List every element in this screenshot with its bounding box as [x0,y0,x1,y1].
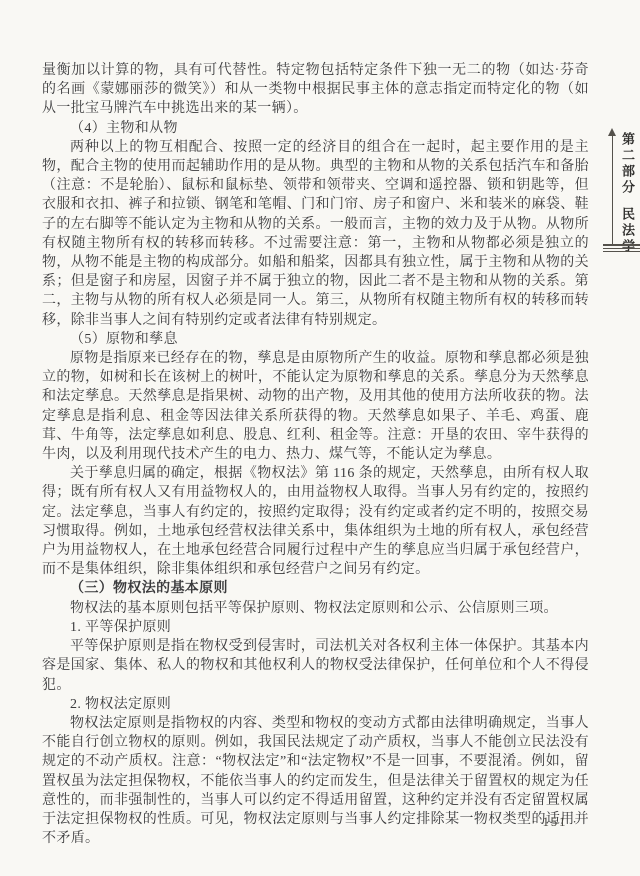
tab-base-rules [603,244,640,254]
paragraph: 原物是指原来已经存在的物，孳息是由原物所产生的收益。原物和孳息都必须是独立的物，… [42,349,589,464]
section-heading-basic-principles: （三）物权法的基本原则 [42,579,589,598]
chapter-tab-text: 第二部分 民法学 [618,132,637,255]
paragraph: 物权法的基本原则包括平等保护原则、物权法定原则和公示、公信原则三项。 [42,599,589,618]
paragraph: 两种以上的物互相配合、按照一定的经济目的组合在一起时，起主要作用的是主物，配合主… [42,138,589,330]
subsection-heading-1: 1. 平等保护原则 [42,618,589,637]
paragraph-continuation: 量衡加以计算的物，具有可代替性。特定物包括特定条件下独一无二的物（如达·芬奇的名… [42,61,589,119]
section-heading-4: （4）主物和从物 [42,119,589,138]
page-number: · 151 · [495,815,615,830]
part-label: 第二部分 [618,132,637,196]
paragraph: 关于孳息归属的确定，根据《物权法》第 116 条的规定，天然孳息，由所有权人取得… [42,464,589,579]
tab-vertical-rule [612,134,614,244]
chapter-side-tab: 第二部分 民法学 [603,126,640,254]
subsection-heading-2: 2. 物权法定原则 [42,695,589,714]
body-text-column: 量衡加以计算的物，具有可代替性。特定物包括特定条件下独一无二的物（如达·芬奇的名… [42,61,589,848]
paragraph: 平等保护原则是指在物权受到侵害时，司法机关对各权利主体一体保护。其基本内容是国家… [42,637,589,695]
section-heading-5: （5）原物和孳息 [42,330,589,349]
book-page: 量衡加以计算的物，具有可代替性。特定物包括特定条件下独一无二的物（如达·芬奇的名… [0,0,640,876]
